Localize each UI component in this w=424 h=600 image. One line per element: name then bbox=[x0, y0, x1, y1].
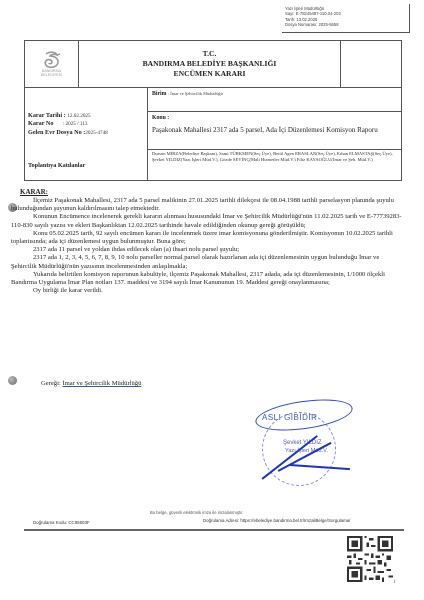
handwritten-certified-copy: ASLI GİBİDİR bbox=[262, 413, 317, 422]
decision-paragraph: İlçemiz Paşakonak Mahallesi, 2317 ada 5 … bbox=[11, 197, 403, 213]
gelen-evr-label: Gelen Evr Dosya No : bbox=[28, 129, 85, 136]
karar-tarihi-value: 12.02.2025 bbox=[67, 113, 90, 119]
decision-paragraph: 2317 ada 1, 2, 3, 4, 5, 6, 7, 8, 9, 10 n… bbox=[11, 254, 403, 270]
municipality-logo-icon bbox=[42, 51, 62, 69]
decision-section: KARAR: İlçemiz Paşakonak Mahallesi, 2317… bbox=[4, 188, 404, 588]
attendees-row: Toplantıya Katılanlar Dursun MİRZA(Beled… bbox=[24, 150, 402, 181]
konu-label: Konu : bbox=[152, 115, 169, 121]
decision-paragraph: 2317 ada 11 parsel ve yoldan ihdas edile… bbox=[11, 246, 403, 254]
karar-tarihi-label: Karar Tarihi : bbox=[28, 112, 66, 119]
header-line-tc: T.C. bbox=[203, 49, 217, 59]
attendees-label: Toplantıya Katılanlar bbox=[25, 150, 148, 180]
karar-no-label: Karar No bbox=[28, 120, 54, 127]
logo-cell: BANDIRMA BELEDİYESİ bbox=[25, 41, 79, 87]
blank-cell bbox=[341, 41, 401, 87]
page-number: 1 bbox=[393, 580, 396, 585]
konu-value: Paşakonak Mahallesi 2317 ada 5 parsel, A… bbox=[152, 126, 401, 134]
header-line-doc-type: ENCÜMEN KARARI bbox=[174, 69, 246, 79]
decision-paragraph: Oy birliği ile karar verildi. bbox=[11, 287, 403, 295]
decision-paragraph: Konu 05.02.2025 tarih, 92 sayılı encümen… bbox=[11, 230, 403, 246]
document-reference-stamp: Yazı İşleri Müdürlüğü Sayı: E-78245487-1… bbox=[282, 4, 410, 33]
decision-body: İlçemiz Paşakonak Mahallesi, 2317 ada 5 … bbox=[11, 197, 403, 295]
gelen-evr-value: 2025-4748 bbox=[85, 130, 107, 136]
punch-hole-icon bbox=[8, 376, 17, 385]
konu-row: Konu : Paşakonak Mahallesi 2317 ada 5 pa… bbox=[148, 112, 401, 150]
e-signature-note: Bu belge, güvenli elektronik imza ile im… bbox=[150, 510, 244, 515]
birim-label: Birim bbox=[152, 91, 167, 97]
stamp-line-file: Dosya Numarası: 2025-5658 bbox=[285, 22, 409, 27]
decision-title: KARAR: bbox=[20, 188, 48, 196]
birim-value: : İmar ve Şehircilik Müdürlüğü bbox=[168, 91, 223, 96]
footer-divider bbox=[24, 529, 404, 531]
title-cell: T.C. BANDIRMA BELEDİYE BAŞKANLIĞI ENCÜME… bbox=[79, 41, 341, 87]
logo-text-2: BELEDİYESİ bbox=[41, 73, 62, 77]
geregi-value: İmar ve Şehircilik Müdürlüğü bbox=[62, 380, 141, 387]
birim-row: Birim : İmar ve Şehircilik Müdürlüğü bbox=[148, 88, 401, 112]
header-line-municipality: BANDIRMA BELEDİYE BAŞKANLIĞI bbox=[143, 59, 277, 69]
subject-block: Birim : İmar ve Şehircilik Müdürlüğü Kon… bbox=[147, 88, 402, 150]
geregi-line: Gereği: İmar ve Şehircilik Müdürlüğü bbox=[41, 380, 141, 387]
decision-paragraph: Yukarıda belirtilen komisyon raporunun k… bbox=[11, 271, 403, 287]
attendees-list: Dursun MİRZA(Belediye Başkanı), Sami TÜR… bbox=[148, 150, 401, 180]
document-header: BANDIRMA BELEDİYESİ T.C. BANDIRMA BELEDİ… bbox=[24, 40, 402, 88]
decision-info: Karar Tarihi : 12.02.2025 Karar No : 202… bbox=[24, 88, 147, 150]
qr-code-icon bbox=[347, 536, 393, 582]
karar-no-value: : 2025 / 113 bbox=[63, 121, 88, 127]
verification-address: Doğrulama Adresi: https://ebelediye.band… bbox=[203, 518, 350, 523]
geregi-label: Gereği: bbox=[41, 380, 61, 387]
decision-paragraph: Konunun Encümence incelenerek gerekli ka… bbox=[11, 213, 403, 229]
verification-code: Doğrulama Kodu: CC85603F bbox=[33, 520, 90, 525]
